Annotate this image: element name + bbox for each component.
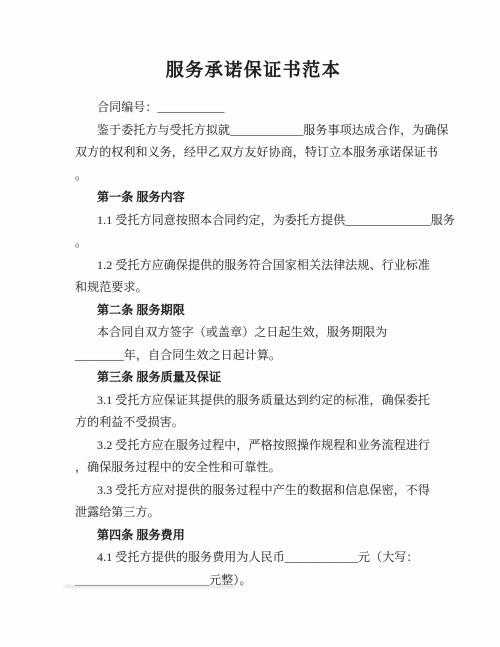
doc-line: ，确保服务过程中的安全性和可靠性。 bbox=[75, 456, 432, 479]
doc-line: 双方的权利和义务，经甲乙双方友好协商，特订立本服务承诺保证书 bbox=[75, 141, 432, 164]
doc-line: 合同编号：___________ bbox=[75, 96, 432, 119]
clause-heading: 第三条 服务质量及保证 bbox=[75, 366, 432, 389]
doc-line: 3.1 受托方应保证其提供的服务质量达到约定的标准，确保委托 bbox=[75, 389, 432, 412]
document-title: 服务承诺保证书范本 bbox=[75, 58, 432, 82]
doc-line: 1.1 受托方同意按照本合同约定，为委托方提供______________服务 bbox=[75, 209, 432, 232]
clause-heading: 第二条 服务期限 bbox=[75, 299, 432, 322]
scan-artifact bbox=[64, 585, 236, 588]
clause-heading: 第一条 服务内容 bbox=[75, 186, 432, 209]
doc-line: 3.2 受托方应在服务过程中，严格按照操作规程和业务流程进行 bbox=[75, 434, 432, 457]
doc-line: 4.1 受托方提供的服务费用为人民币____________元（大写： bbox=[75, 546, 432, 569]
doc-line: 1.2 受托方应确保提供的服务符合国家相关法律法规、行业标准 bbox=[75, 254, 432, 277]
doc-line: 和规范要求。 bbox=[75, 276, 432, 299]
document-page: 服务承诺保证书范本 合同编号：___________鉴于委托方与受托方拟就___… bbox=[0, 0, 500, 647]
document-body: 合同编号：___________鉴于委托方与受托方拟就____________服… bbox=[75, 96, 432, 591]
doc-line: 鉴于委托方与受托方拟就____________服务事项达成合作，为确保 bbox=[75, 119, 432, 142]
clause-heading: 第四条 服务费用 bbox=[75, 524, 432, 547]
doc-line: ________年，自合同生效之日起计算。 bbox=[75, 344, 432, 367]
doc-line: 本合同自双方签字（或盖章）之日起生效，服务期限为 bbox=[75, 321, 432, 344]
doc-line: 方的利益不受损害。 bbox=[75, 411, 432, 434]
doc-line: 。 bbox=[75, 164, 432, 187]
doc-line: 。 bbox=[75, 231, 432, 254]
doc-line: 3.3 受托方应对提供的服务过程中产生的数据和信息保密，不得 bbox=[75, 479, 432, 502]
doc-line: 泄露给第三方。 bbox=[75, 501, 432, 524]
